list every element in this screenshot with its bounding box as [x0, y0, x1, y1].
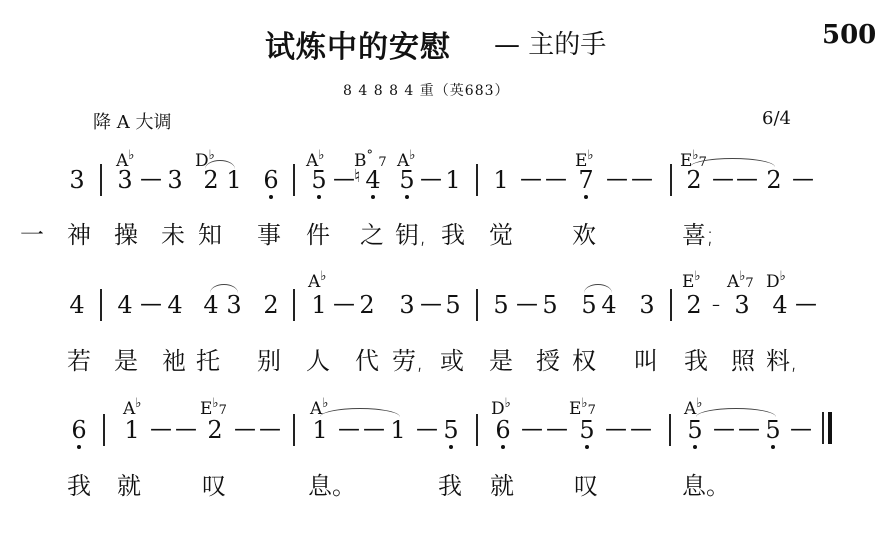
low-octave-dot: [317, 195, 321, 199]
chord-accidental: ♭: [505, 396, 511, 411]
dash: —: [605, 418, 623, 442]
note: 5: [442, 418, 460, 442]
note: 3: [733, 293, 751, 317]
dash: —: [140, 293, 158, 317]
note: 1: [310, 293, 328, 317]
note: 2: [206, 418, 224, 442]
low-octave-dot: [501, 445, 505, 449]
chord-root: A: [308, 272, 320, 292]
dash: —: [521, 418, 539, 442]
dash: —: [516, 293, 534, 317]
dash: —: [259, 418, 277, 442]
lyric: 我: [441, 222, 465, 248]
chord-accidental: °: [367, 148, 374, 163]
note: 5: [580, 293, 598, 317]
low-octave-dot: [585, 445, 589, 449]
lyric: 我: [438, 473, 462, 499]
note: 3: [166, 168, 184, 192]
note: 1: [444, 168, 462, 192]
lyric: 代: [355, 348, 379, 374]
dash: —: [712, 168, 730, 192]
note: 6: [262, 168, 280, 192]
dash: —: [520, 168, 538, 192]
dash: –: [707, 293, 725, 317]
final-barline-thick: [828, 412, 832, 444]
chord-root: D: [766, 272, 780, 292]
note: 4: [202, 293, 220, 317]
bar-line: [293, 164, 295, 196]
note: 5: [578, 418, 596, 442]
lyric: 钥,: [395, 222, 427, 248]
dash: —: [790, 418, 808, 442]
dash: —: [545, 168, 563, 192]
chord-accidental: ♭: [587, 148, 593, 163]
natural-accidental: ♮: [354, 166, 360, 187]
dash: —: [416, 418, 434, 442]
note: 4: [364, 168, 382, 192]
note: 2: [358, 293, 376, 317]
note: 3: [116, 168, 134, 192]
lyric: 若: [67, 348, 91, 374]
note: 3: [638, 293, 656, 317]
bar-line: [670, 289, 672, 321]
lyric: 之: [360, 222, 384, 248]
chord-extension: 7: [745, 276, 753, 291]
dash: —: [606, 168, 624, 192]
time-signature: 6/4: [762, 108, 791, 129]
note: 5: [310, 168, 328, 192]
chord: A♭7: [727, 268, 754, 292]
note: 4: [166, 293, 184, 317]
bar-line: [103, 414, 105, 446]
slur: [320, 408, 400, 417]
dash: —: [234, 418, 252, 442]
chord-root: E: [682, 272, 694, 292]
lyric: 知: [198, 222, 222, 248]
note: 4: [600, 293, 618, 317]
dash: —: [175, 418, 193, 442]
low-octave-dot: [269, 195, 273, 199]
note: 7: [577, 168, 595, 192]
lyric: 叹: [202, 473, 226, 499]
note: 5: [398, 168, 416, 192]
dash: —: [420, 293, 438, 317]
chord: E♭: [682, 268, 701, 291]
chord-accidental: ♭: [780, 269, 786, 284]
lyric: 是: [489, 348, 513, 374]
hymn-subtitle: — 主的手: [494, 24, 606, 61]
chord-accidental: ♭: [128, 148, 134, 163]
lyric: 息。: [308, 473, 356, 499]
lyric: 一: [20, 222, 44, 248]
chord-accidental: ♭: [320, 269, 326, 284]
note: 1: [389, 418, 407, 442]
note: 5: [541, 293, 559, 317]
lyric: 喜;: [682, 222, 714, 248]
note: 1: [492, 168, 510, 192]
note: 6: [494, 418, 512, 442]
chord: D♭: [491, 395, 511, 418]
lyric: 我: [684, 348, 708, 374]
lyric: 叫: [634, 348, 658, 374]
note: 2: [685, 293, 703, 317]
low-octave-dot: [584, 195, 588, 199]
note: 1: [123, 418, 141, 442]
note: 4: [116, 293, 134, 317]
dash: —: [795, 293, 813, 317]
chord-accidental: ♭: [409, 148, 415, 163]
low-octave-dot: [449, 445, 453, 449]
dash: —: [150, 418, 168, 442]
lyric: 人: [306, 348, 330, 374]
note: 3: [398, 293, 416, 317]
bar-line: [293, 414, 295, 446]
chord-accidental: ♭: [694, 269, 700, 284]
chord-accidental: ♭: [322, 396, 328, 411]
lyric: 料,: [766, 348, 798, 374]
note: 6: [70, 418, 88, 442]
dash: —: [420, 168, 438, 192]
low-octave-dot: [693, 445, 697, 449]
lyric: 就: [117, 473, 141, 499]
meter-info: 8 4 8 8 4 重（英683）: [343, 80, 510, 100]
bar-line: [476, 289, 478, 321]
note: 5: [686, 418, 704, 442]
bar-line: [293, 289, 295, 321]
low-octave-dot: [405, 195, 409, 199]
lyric: 息。: [682, 473, 730, 499]
note: 4: [771, 293, 789, 317]
bar-line: [476, 414, 478, 446]
hymn-number: 500: [822, 20, 876, 50]
lyric: 未: [161, 222, 185, 248]
final-barline-thin: [822, 412, 824, 444]
dash: —: [333, 293, 351, 317]
note: 1: [311, 418, 329, 442]
low-octave-dot: [771, 445, 775, 449]
dash: —: [736, 168, 754, 192]
note: 4: [68, 293, 86, 317]
bar-line: [476, 164, 478, 196]
lyric: 是: [114, 348, 138, 374]
note: 3: [68, 168, 86, 192]
lyric: 欢: [572, 222, 596, 248]
bar-line: [670, 164, 672, 196]
note: 3: [225, 293, 243, 317]
lyric: 事: [257, 222, 281, 248]
dash: —: [363, 418, 381, 442]
lyric: 照: [731, 348, 755, 374]
chord-accidental: ♭: [135, 396, 141, 411]
lyric: 觉: [489, 222, 513, 248]
bar-line: [100, 164, 102, 196]
dash: —: [738, 418, 756, 442]
bar-line: [669, 414, 671, 446]
dash: —: [140, 168, 158, 192]
lyric: 操: [114, 222, 138, 248]
lyric: 授: [536, 348, 560, 374]
dash: —: [713, 418, 731, 442]
chord: D♭: [766, 268, 786, 291]
note: 5: [444, 293, 462, 317]
note: 1: [225, 168, 243, 192]
lyric: 我: [67, 473, 91, 499]
note: 5: [764, 418, 782, 442]
note: 2: [262, 293, 280, 317]
chord: A♭: [123, 395, 141, 418]
slur: [696, 408, 776, 417]
dash: —: [630, 418, 648, 442]
chord-accidental: ♭: [318, 148, 324, 163]
lyric: 就: [490, 473, 514, 499]
dash: —: [338, 418, 356, 442]
chord-accidental: ♭: [696, 396, 702, 411]
note: 2: [685, 168, 703, 192]
chord: A♭: [308, 268, 326, 291]
lyric: 叹: [574, 473, 598, 499]
lyric: 劳,: [392, 348, 424, 374]
lyric: 托: [196, 348, 220, 374]
lyric: 别: [257, 348, 281, 374]
dash: —: [792, 168, 810, 192]
low-octave-dot: [77, 445, 81, 449]
low-octave-dot: [371, 195, 375, 199]
lyric: 神: [67, 222, 91, 248]
lyric: 祂: [162, 348, 186, 374]
dash: —: [333, 168, 351, 192]
note: 2: [202, 168, 220, 192]
key-signature: 降 A 大调: [93, 108, 171, 134]
note: 5: [492, 293, 510, 317]
dash: —: [631, 168, 649, 192]
hymn-title: 试炼中的安慰: [265, 22, 451, 66]
note: 2: [765, 168, 783, 192]
lyric: 或: [440, 348, 464, 374]
lyric: 件: [306, 222, 330, 248]
bar-line: [100, 289, 102, 321]
chord-root: A: [727, 272, 739, 292]
lyric: 权: [572, 348, 596, 374]
dash: —: [546, 418, 564, 442]
